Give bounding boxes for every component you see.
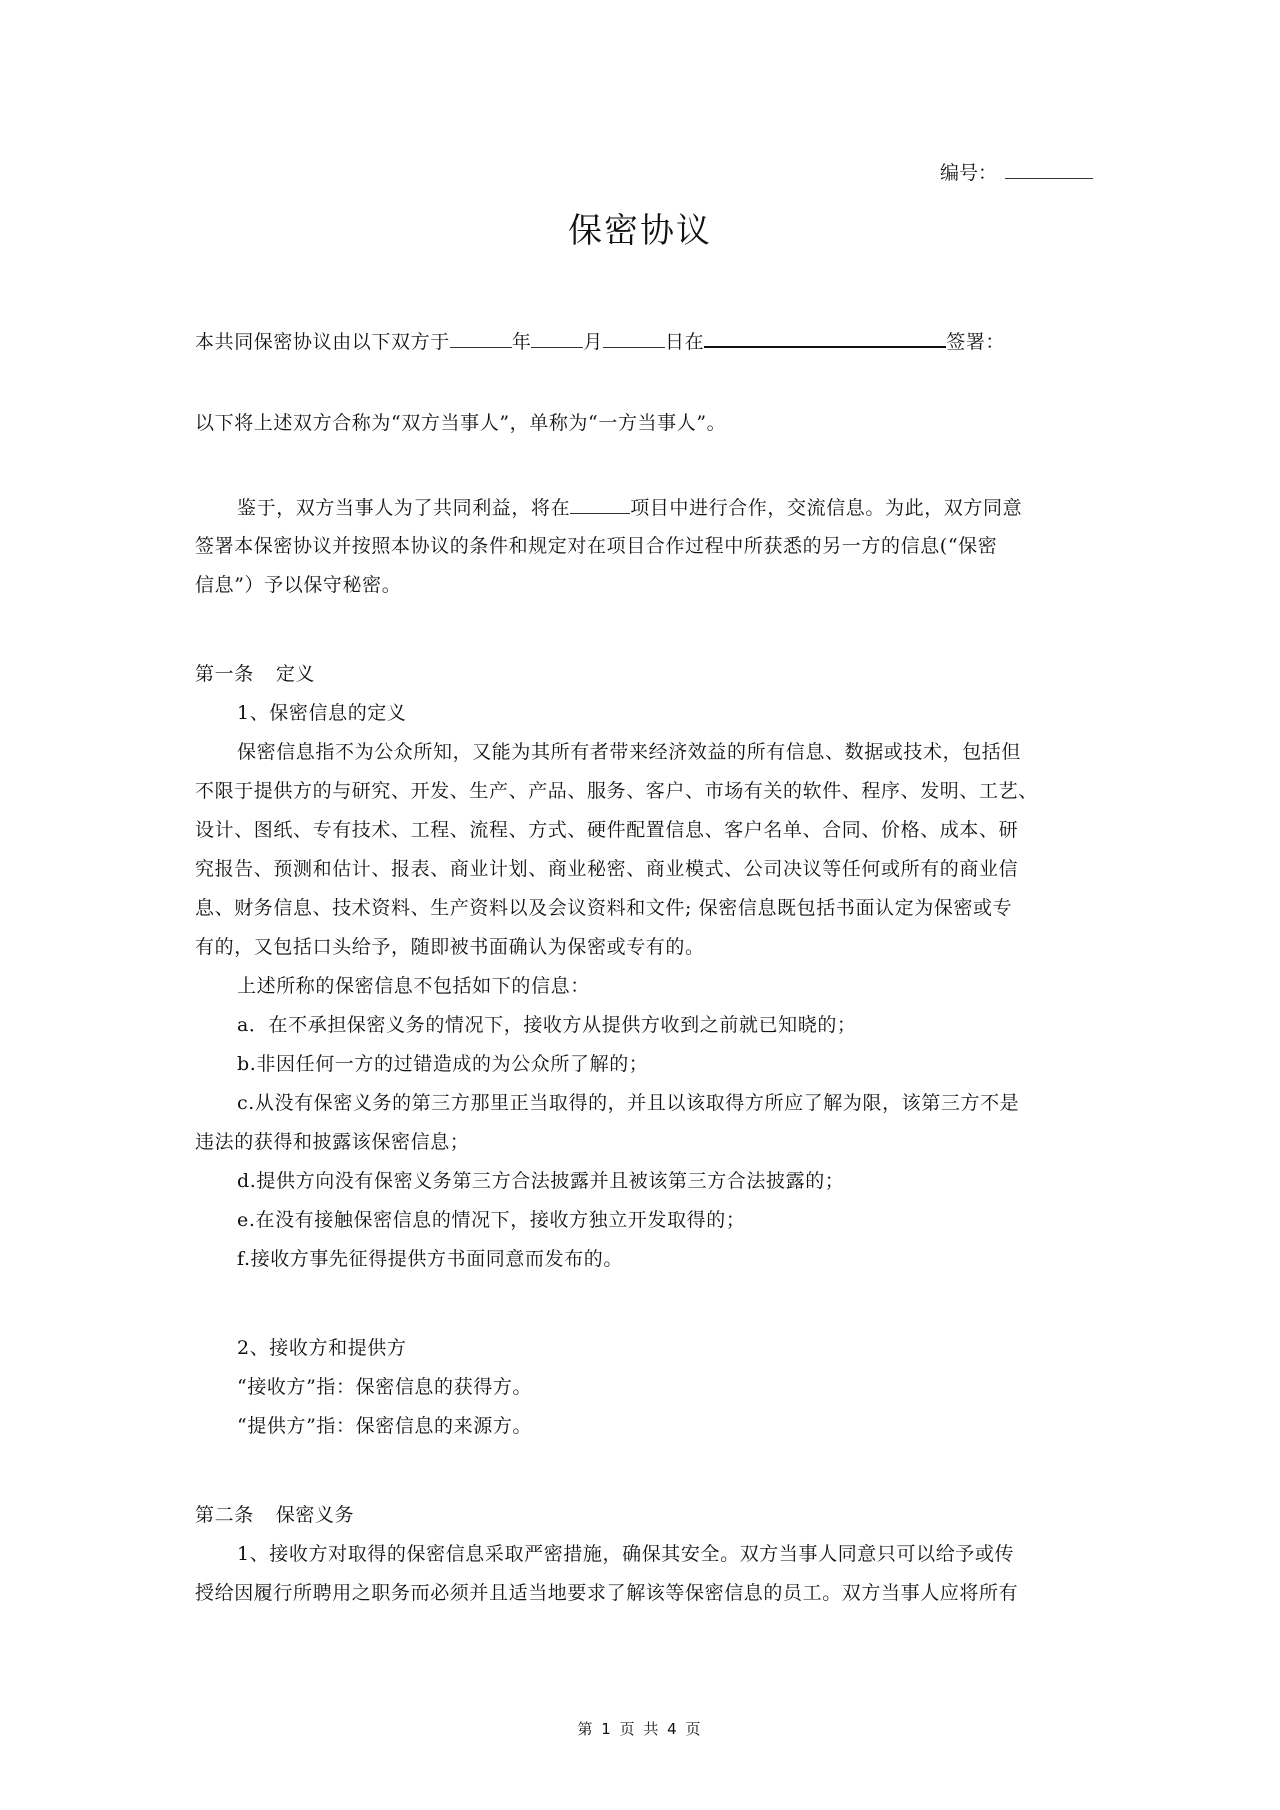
article2-line: 1、接收方对取得的保密信息采取严密措施，确保其安全。双方当事人同意只可以给予或传 xyxy=(237,1542,1137,1566)
whereas-line-1: 鉴于，双方当事人为了共同利益，将在项目中进行合作，交流信息。为此，双方同意 xyxy=(237,495,1137,520)
article2-title: 保密义务 xyxy=(276,1504,354,1526)
document-title: 保密协议 xyxy=(0,203,1280,252)
document-number: 编号： xyxy=(940,158,1093,185)
document-number-label: 编号： xyxy=(940,162,997,184)
article1-number: 第一条 xyxy=(195,663,254,685)
whereas-line-3: 信息”）予以保守秘密。 xyxy=(195,573,1095,597)
month-label: 月 xyxy=(583,331,603,353)
exclusion-item-c-cont: 违法的获得和披露该保密信息； xyxy=(195,1130,1095,1154)
document-number-blank[interactable] xyxy=(1005,160,1093,179)
article1-heading: 第一条定义 xyxy=(195,662,1095,686)
definition-line: 息、财务信息、技术资料、生产资料以及会议资料和文件; 保密信息既包括书面认定为保… xyxy=(195,896,1095,920)
exclusion-item-b: b.非因任何一方的过错造成的为公众所了解的； xyxy=(237,1052,1137,1076)
definition-line: 保密信息指不为公众所知，又能为其所有者带来经济效益的所有信息、数据或技术，包括但 xyxy=(237,740,1137,764)
day-label: 日在 xyxy=(665,331,704,353)
exclusion-item-f: f.接收方事先征得提供方书面同意而发布的。 xyxy=(237,1247,1137,1271)
exclusion-item-a: a．在不承担保密义务的情况下，接收方从提供方收到之前就已知晓的； xyxy=(237,1013,1137,1037)
year-blank[interactable] xyxy=(450,329,512,348)
article1-sub1-title: 1、保密信息的定义 xyxy=(237,701,1137,725)
definition-line: 究报告、预测和估计、报表、商业计划、商业秘密、商业模式、公司决议等任何或所有的商… xyxy=(195,857,1095,881)
exclusion-item-d: d.提供方向没有保密义务第三方合法披露并且被该第三方合法披露的； xyxy=(237,1169,1137,1193)
project-blank[interactable] xyxy=(570,495,630,514)
parties-line: 以下将上述双方合称为“双方当事人”，单称为“一方当事人”。 xyxy=(195,411,1095,435)
definition-line: 不限于提供方的与研究、开发、生产、产品、服务、客户、市场有关的软件、程序、发明、… xyxy=(195,779,1095,803)
article1-sub2-title: 2、接收方和提供方 xyxy=(237,1336,1137,1360)
whereas-after: 项目中进行合作，交流信息。为此，双方同意 xyxy=(630,497,1022,519)
definition-line: 设计、图纸、专有技术、工程、流程、方式、硬件配置信息、客户名单、合同、价格、成本… xyxy=(195,818,1095,842)
sign-line: 本共同保密协议由以下双方于年月日在签署： xyxy=(195,328,1095,354)
sign-line-suffix: 签署： xyxy=(946,331,1005,353)
place-blank[interactable] xyxy=(704,328,946,348)
exclusion-intro: 上述所称的保密信息不包括如下的信息： xyxy=(237,974,1137,998)
document-page: 编号： 保密协议 本共同保密协议由以下双方于年月日在签署： 以下将上述双方合称为… xyxy=(0,0,1280,1810)
page-number: 第 1 页 共 4 页 xyxy=(0,1718,1280,1739)
recipient-definition: “接收方”指：保密信息的获得方。 xyxy=(237,1375,1137,1399)
year-label: 年 xyxy=(512,331,532,353)
provider-definition: “提供方”指：保密信息的来源方。 xyxy=(237,1414,1137,1438)
exclusion-item-e: e.在没有接触保密信息的情况下，接收方独立开发取得的； xyxy=(237,1208,1137,1232)
whereas-before: 鉴于，双方当事人为了共同利益，将在 xyxy=(237,497,570,519)
sign-line-prefix: 本共同保密协议由以下双方于 xyxy=(195,331,450,353)
article1-title: 定义 xyxy=(276,663,315,685)
day-blank[interactable] xyxy=(603,329,665,348)
month-blank[interactable] xyxy=(531,329,583,348)
whereas-line-2: 签署本保密协议并按照本协议的条件和规定对在项目合作过程中所获悉的另一方的信息(“… xyxy=(195,534,1095,558)
article2-line: 授给因履行所聘用之职务而必须并且适当地要求了解该等保密信息的员工。双方当事人应将… xyxy=(195,1581,1095,1605)
definition-line: 有的，又包括口头给予，随即被书面确认为保密或专有的。 xyxy=(195,935,1095,959)
article2-heading: 第二条保密义务 xyxy=(195,1503,1095,1527)
article2-number: 第二条 xyxy=(195,1504,254,1526)
exclusion-item-c: c.从没有保密义务的第三方那里正当取得的，并且以该取得方所应了解为限，该第三方不… xyxy=(237,1091,1137,1115)
